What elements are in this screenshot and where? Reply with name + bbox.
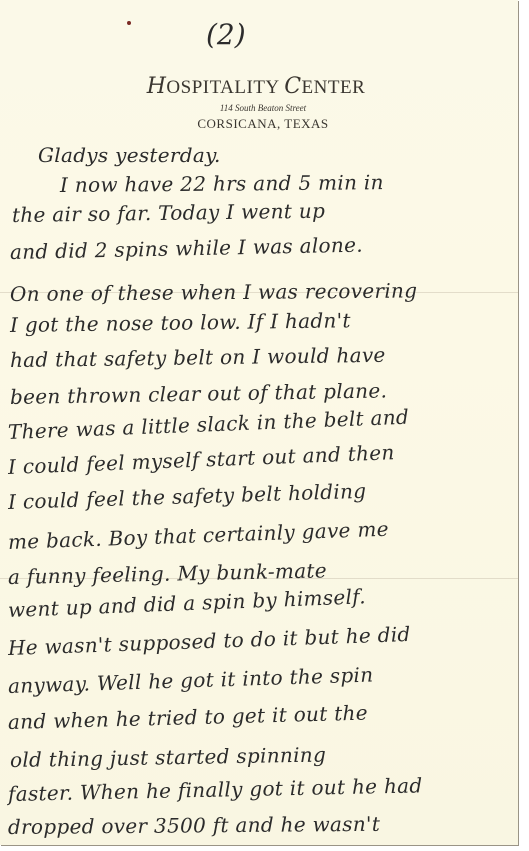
handwritten-line: I could feel myself start out and then [8, 440, 395, 479]
handwritten-line: been thrown clear out of that plane. [10, 378, 388, 409]
letter-page: (2) HOSPITALITY CENTER 114 South Beaton … [0, 0, 518, 845]
handwritten-line: anyway. Well he got it into the spin [8, 663, 374, 698]
handwritten-line: On one of these when I was recovering [10, 278, 417, 306]
handwritten-body: Gladys yesterday. I now have 22 hrs and … [0, 0, 518, 845]
handwritten-line: Gladys yesterday. [38, 143, 221, 167]
handwritten-line: the air so far. Today I went up [12, 199, 325, 227]
handwritten-line: old thing just started spinning [10, 742, 326, 772]
handwritten-line: a funny feeling. My bunk-mate [8, 558, 327, 589]
handwritten-line: had that safety belt on I would have [10, 343, 386, 372]
handwritten-line: I now have 22 hrs and 5 min in [60, 170, 384, 197]
handwritten-line: went up and did a spin by himself. [8, 584, 367, 622]
handwritten-line: me back. Boy that certainly gave me [8, 517, 390, 554]
handwritten-line: and did 2 spins while I was alone. [10, 233, 363, 264]
handwritten-line: faster. When he finally got it out he ha… [8, 773, 423, 806]
handwritten-line: I got the nose too low. If I hadn't [10, 308, 351, 337]
handwritten-line: I could feel the safety belt holding [8, 479, 367, 514]
handwritten-line: dropped over 3500 ft and he wasn't [8, 812, 380, 839]
handwritten-line: He wasn't supposed to do it but he did [8, 622, 411, 660]
handwritten-line: and when he tried to get it out the [8, 701, 368, 734]
handwritten-line: There was a little slack in the belt and [8, 405, 410, 444]
